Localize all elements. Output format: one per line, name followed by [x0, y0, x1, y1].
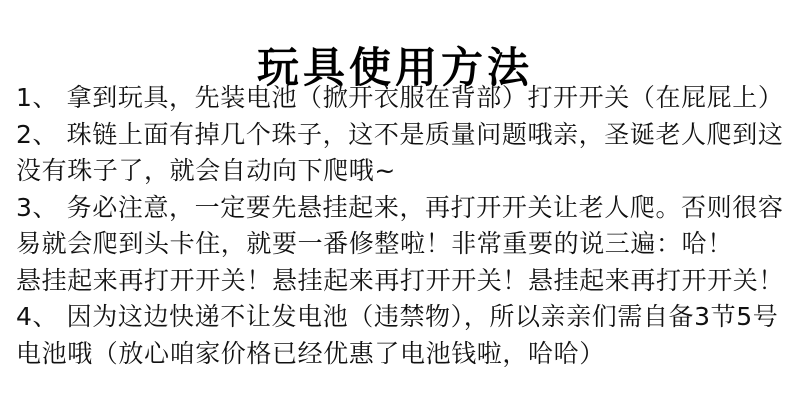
instruction-line-4: 3、 务必注意，一定要先悬挂起来，再打开开关让老人爬。否则很容 [16, 190, 786, 227]
instruction-line-8: 电池哦（放心咱家价格已经优惠了电池钱啦，哈哈） [16, 336, 786, 373]
instruction-line-3: 没有珠子了，就会自动向下爬哦~ [16, 153, 786, 190]
instruction-line-7: 4、 因为这边快递不让发电池（违禁物），所以亲亲们需自备3节5号 [16, 299, 786, 336]
instruction-line-5: 易就会爬到头卡住，就要一番修整啦！非常重要的说三遍：哈！ [16, 226, 786, 263]
instruction-line-1: 1、 拿到玩具，先装电池（掀开衣服在背部）打开开关（在屁屁上） [16, 80, 786, 117]
instructions-text: 1、 拿到玩具，先装电池（掀开衣服在背部）打开开关（在屁屁上） 2、 珠链上面有… [16, 80, 786, 372]
instruction-line-2: 2、 珠链上面有掉几个珠子，这不是质量问题哦亲，圣诞老人爬到这 [16, 117, 786, 154]
instruction-line-6: 悬挂起来再打开开关！悬挂起来再打开开关！悬挂起来再打开开关！ [16, 263, 786, 300]
